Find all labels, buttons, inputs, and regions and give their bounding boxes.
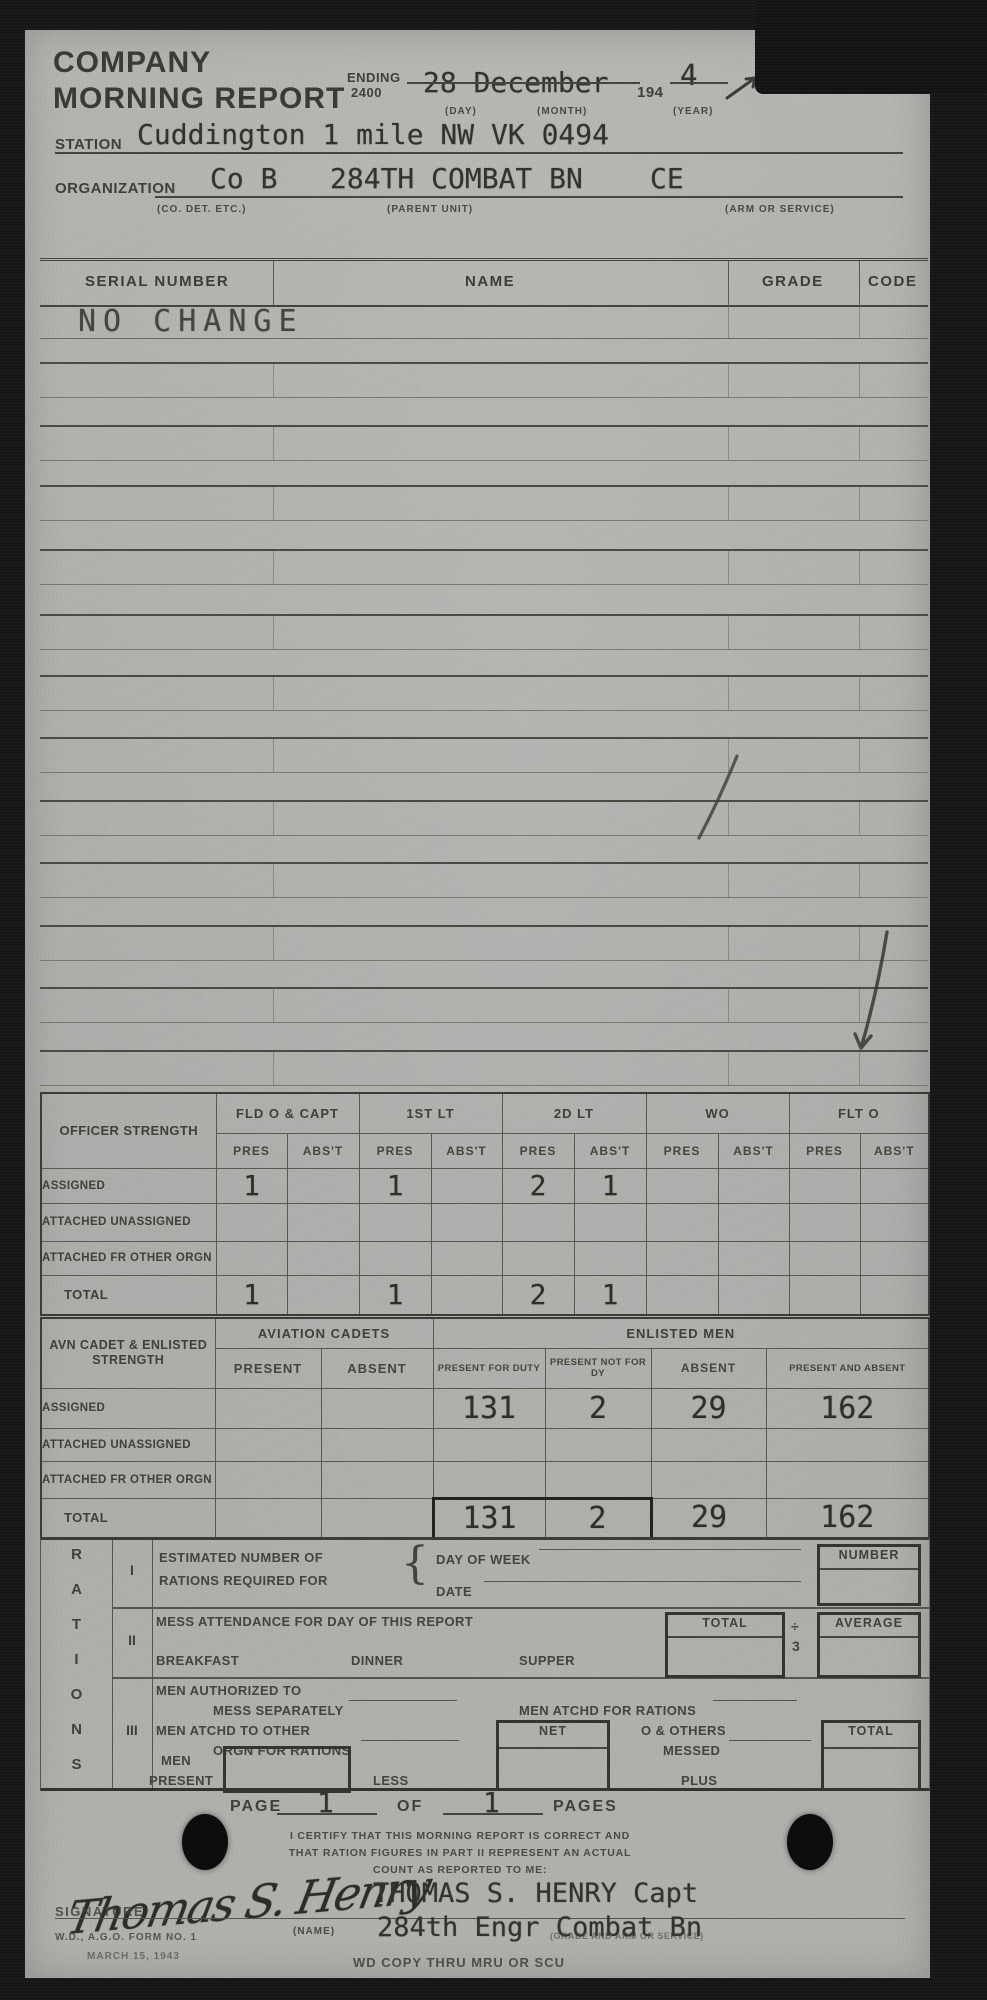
rations-section: R A T I O N S I II III ESTIMATED NUMBER … <box>40 1537 930 1791</box>
cell-value <box>766 1428 929 1461</box>
certification-line2: THAT RATION FIGURES IN PART II REPRESENT… <box>225 1845 695 1862</box>
pages-label: PAGES <box>553 1798 618 1816</box>
column-divider <box>273 364 274 397</box>
typed-officer-name: THOMAS S. HENRY Capt <box>373 1878 698 1909</box>
abst-header: ABS'T <box>860 1133 929 1168</box>
rations-letter: O <box>41 1686 112 1703</box>
year-value: 4 <box>680 58 697 92</box>
rations-letter: N <box>41 1721 112 1738</box>
cell-value <box>718 1275 789 1315</box>
rations-letter: T <box>41 1616 112 1633</box>
cell-value <box>321 1428 433 1461</box>
abst-header: ABS'T <box>287 1133 359 1168</box>
pres-header: PRES <box>502 1133 574 1168</box>
cell-value <box>789 1241 860 1275</box>
men-label: MEN <box>161 1753 191 1768</box>
column-divider <box>728 261 729 305</box>
supper-label: SUPPER <box>519 1653 575 1668</box>
cell-value <box>860 1241 929 1275</box>
year-label: (YEAR) <box>673 106 713 117</box>
col-absent: ABSENT <box>651 1348 766 1388</box>
number-box: NUMBER <box>817 1544 921 1606</box>
section-numeral-3: III <box>112 1722 152 1738</box>
column-divider <box>859 427 860 460</box>
others-total-label: TOTAL <box>824 1724 918 1738</box>
abst-header: ABS'T <box>574 1133 646 1168</box>
blank-line <box>729 1740 811 1741</box>
org-parent-unit-value: 284TH COMBAT BN <box>330 162 583 195</box>
cell-value-boxed: 2 <box>545 1498 651 1538</box>
divider <box>820 1636 918 1638</box>
divide-by-three: 3 <box>792 1638 800 1654</box>
column-divider <box>859 302 860 338</box>
col-present-and-absent: PRESENT AND ABSENT <box>766 1348 929 1388</box>
column-divider <box>273 677 274 710</box>
scanned-morning-report: COMPANY MORNING REPORT ENDING 2400 28 De… <box>25 30 930 1978</box>
roster-row <box>40 485 928 521</box>
cell-value <box>860 1168 929 1203</box>
dinner-label: DINNER <box>351 1653 403 1668</box>
of-label: OF <box>397 1798 423 1816</box>
form-number: W.D., A.G.O. FORM NO. 1 <box>55 1932 197 1943</box>
day-of-week-label: DAY OF WEEK <box>436 1552 531 1567</box>
blank-line <box>539 1549 801 1550</box>
rations-letter: A <box>41 1581 112 1598</box>
divider <box>152 1540 153 1788</box>
cell-value <box>574 1241 646 1275</box>
cell-value <box>574 1203 646 1241</box>
col-cadets-present: PRESENT <box>215 1348 321 1388</box>
cell-value <box>431 1241 502 1275</box>
officer-strength-table: OFFICER STRENGTH FLD O & CAPT 1ST LT 2D … <box>40 1092 930 1316</box>
column-divider <box>728 677 729 710</box>
column-divider <box>728 487 729 520</box>
cell-value <box>216 1203 287 1241</box>
average-box-label: AVERAGE <box>820 1616 918 1630</box>
cell-value: 1 <box>216 1168 287 1203</box>
blank-line <box>713 1700 797 1701</box>
column-divider <box>859 551 860 584</box>
day-label: (DAY) <box>445 106 477 117</box>
column-divider <box>273 864 274 897</box>
name-label: (NAME) <box>293 1926 335 1937</box>
cell-value <box>502 1203 574 1241</box>
divider <box>112 1607 929 1609</box>
row-label-total: TOTAL <box>41 1498 215 1538</box>
group-flt-o: FLT O <box>789 1093 929 1133</box>
ending-label: ENDING <box>347 70 401 85</box>
cell-value <box>502 1241 574 1275</box>
cell-value <box>860 1203 929 1241</box>
cell-value <box>860 1275 929 1315</box>
cell-value <box>646 1168 718 1203</box>
grade-arm-service-label: (GRADE AND ARM OR SERVICE) <box>550 1931 704 1941</box>
group-2d-lt: 2D LT <box>502 1093 646 1133</box>
estimated-rations-line1: ESTIMATED NUMBER OF <box>159 1550 323 1565</box>
net-box: NET <box>496 1720 610 1791</box>
cell-value <box>718 1203 789 1241</box>
cell-value: 1 <box>216 1275 287 1315</box>
cell-value <box>431 1275 502 1315</box>
year-underline <box>670 82 728 84</box>
o-and-others-label: O & OTHERS <box>641 1723 726 1738</box>
estimated-rations-line2: RATIONS REQUIRED FOR <box>159 1573 328 1588</box>
roster-entry-row: NO CHANGE <box>40 302 928 339</box>
enlisted-strength-header: AVN CADET & ENLISTED STRENGTH <box>41 1318 215 1388</box>
roster-header-row: SERIAL NUMBER NAME GRADE CODE <box>40 258 928 307</box>
divider <box>820 1568 918 1570</box>
col-serial-number: SERIAL NUMBER <box>85 273 229 290</box>
breakfast-label: BREAKFAST <box>156 1653 239 1668</box>
wd-copy-note: WD COPY THRU MRU OR SCU <box>353 1955 565 1970</box>
cell-value <box>359 1203 431 1241</box>
abst-header: ABS'T <box>431 1133 502 1168</box>
cell-value <box>646 1203 718 1241</box>
column-divider <box>859 364 860 397</box>
cell-value <box>545 1428 651 1461</box>
rations-letter: S <box>41 1756 112 1773</box>
mess-total-box: TOTAL <box>665 1612 785 1678</box>
col-cadets-absent: ABSENT <box>321 1348 433 1388</box>
col-name: NAME <box>465 273 515 290</box>
cell-value <box>431 1168 502 1203</box>
men-atchd-rations-label: MEN ATCHD FOR RATIONS <box>519 1703 696 1718</box>
group-wo: WO <box>646 1093 789 1133</box>
org-arm-value: CE <box>650 162 684 195</box>
number-box-label: NUMBER <box>820 1548 918 1562</box>
roster-row <box>40 675 928 711</box>
enlisted-strength-table: AVN CADET & ENLISTED STRENGTH AVIATION C… <box>40 1317 930 1540</box>
cell-value <box>766 1461 929 1498</box>
cell-value <box>215 1461 321 1498</box>
cell-value: 1 <box>574 1275 646 1315</box>
cell-value <box>433 1428 545 1461</box>
cell-value <box>433 1461 545 1498</box>
col-present-for-duty: PRESENT FOR DUTY <box>433 1348 545 1388</box>
mess-total-label: TOTAL <box>668 1616 782 1630</box>
group-1st-lt: 1ST LT <box>359 1093 502 1133</box>
cell-value <box>321 1388 433 1428</box>
column-divider <box>859 616 860 649</box>
row-label: ATTACHED UNASSIGNED <box>41 1428 215 1461</box>
cell-value: 1 <box>359 1168 431 1203</box>
row-label: ASSIGNED <box>41 1168 216 1203</box>
cell-value <box>287 1203 359 1241</box>
station-value: Cuddington 1 mile NW VK 0494 <box>137 118 609 151</box>
cell-value <box>545 1461 651 1498</box>
cell-value <box>789 1275 860 1315</box>
blank-line <box>349 1700 457 1701</box>
cell-value: 2 <box>545 1388 651 1428</box>
parent-unit-label: (PARENT UNIT) <box>387 204 473 215</box>
cell-value: 1 <box>574 1168 646 1203</box>
co-det-label: (CO. DET. ETC.) <box>157 204 246 215</box>
year-prefix: 194 <box>637 84 664 101</box>
abst-header: ABS'T <box>718 1133 789 1168</box>
certification-line1: I CERTIFY THAT THIS MORNING REPORT IS CO… <box>225 1828 695 1845</box>
column-divider <box>728 364 729 397</box>
organization-label: ORGANIZATION <box>55 180 176 197</box>
form-date: MARCH 15, 1943 <box>87 1951 180 1962</box>
cell-value: 29 <box>651 1498 766 1538</box>
pres-header: PRES <box>216 1133 287 1168</box>
organization-underline <box>155 196 903 198</box>
cell-value <box>215 1428 321 1461</box>
cell-value <box>646 1241 718 1275</box>
average-box: AVERAGE <box>817 1612 921 1678</box>
column-divider <box>728 551 729 584</box>
ending-2400-label: 2400 <box>351 85 382 100</box>
cell-value <box>718 1168 789 1203</box>
men-atchd-other-label: MEN ATCHD TO OTHER <box>156 1723 310 1738</box>
roster-row <box>40 362 928 398</box>
punch-hole <box>182 1814 228 1870</box>
row-label: ASSIGNED <box>41 1388 215 1428</box>
column-divider <box>859 261 860 305</box>
form-title-line2: MORNING REPORT <box>53 82 345 116</box>
pres-header: PRES <box>646 1133 718 1168</box>
column-divider <box>273 261 274 305</box>
column-divider <box>859 677 860 710</box>
row-label: ATTACHED FR OTHER ORGN <box>41 1241 216 1275</box>
brace-glyph: { <box>401 1538 429 1589</box>
column-divider <box>273 616 274 649</box>
column-divider <box>273 989 274 1022</box>
cell-value <box>215 1388 321 1428</box>
cell-value <box>287 1168 359 1203</box>
plus-label: PLUS <box>681 1773 717 1788</box>
arm-service-label: (ARM OR SERVICE) <box>725 204 835 215</box>
cell-value <box>431 1203 502 1241</box>
page-label: PAGE <box>230 1798 282 1816</box>
blank-line <box>443 1813 543 1815</box>
cell-value <box>215 1498 321 1538</box>
cell-value: 2 <box>502 1168 574 1203</box>
cell-value: 131 <box>433 1388 545 1428</box>
column-divider <box>273 551 274 584</box>
officer-strength-header: OFFICER STRENGTH <box>41 1093 216 1168</box>
men-authorized-label: MEN AUTHORIZED TO <box>156 1683 301 1698</box>
station-underline <box>55 152 903 154</box>
divider <box>499 1747 607 1749</box>
cell-value <box>321 1461 433 1498</box>
group-enlisted-men: ENLISTED MEN <box>433 1318 929 1348</box>
signature-label: SIGNATURE <box>55 1904 144 1919</box>
mess-separately-label: MESS SEPARATELY <box>213 1703 344 1718</box>
blank-line <box>361 1740 459 1741</box>
column-divider <box>273 927 274 960</box>
roster-row <box>40 425 928 461</box>
cell-value <box>789 1168 860 1203</box>
divider <box>112 1677 929 1679</box>
column-divider <box>728 616 729 649</box>
column-divider <box>728 427 729 460</box>
others-total-box: TOTAL <box>821 1720 921 1791</box>
cell-value <box>321 1498 433 1538</box>
group-fldo-capt: FLD O & CAPT <box>216 1093 359 1133</box>
cell-value-boxed: 131 <box>433 1498 545 1538</box>
row-label-total: TOTAL <box>41 1275 216 1315</box>
column-divider <box>273 1052 274 1085</box>
col-present-not-for-dy: PRESENT NOT FOR DY <box>545 1348 651 1388</box>
cell-value <box>651 1461 766 1498</box>
column-divider <box>273 802 274 835</box>
net-box-label: NET <box>499 1724 607 1738</box>
mess-attendance-label: MESS ATTENDANCE FOR DAY OF THIS REPORT <box>156 1614 473 1629</box>
cell-value: 29 <box>651 1388 766 1428</box>
column-divider <box>273 739 274 772</box>
cell-value: 1 <box>359 1275 431 1315</box>
divider <box>824 1747 918 1749</box>
cell-value <box>287 1241 359 1275</box>
punch-hole <box>787 1814 833 1870</box>
roster-row <box>40 614 928 650</box>
month-label: (MONTH) <box>537 106 587 117</box>
section-numeral-1: I <box>112 1562 152 1578</box>
cell-value <box>646 1275 718 1315</box>
form-title-line1: COMPANY <box>53 46 211 80</box>
date-label: DATE <box>436 1584 472 1599</box>
column-divider <box>273 427 274 460</box>
station-label: STATION <box>55 136 122 153</box>
rations-letter: R <box>41 1546 112 1563</box>
pres-header: PRES <box>789 1133 860 1168</box>
col-code: CODE <box>868 273 917 290</box>
section-numeral-2: II <box>112 1632 152 1648</box>
cell-value: 162 <box>766 1388 929 1428</box>
column-divider <box>728 302 729 338</box>
cell-value <box>216 1241 287 1275</box>
rations-letter: I <box>41 1651 112 1668</box>
cell-value: 162 <box>766 1498 929 1538</box>
cell-value <box>789 1203 860 1241</box>
roster-entry-text: NO CHANGE <box>78 304 304 339</box>
blank-line <box>484 1581 801 1582</box>
row-label: ATTACHED UNASSIGNED <box>41 1203 216 1241</box>
date-underline <box>407 82 640 84</box>
column-divider <box>859 487 860 520</box>
divider <box>668 1636 782 1638</box>
divide-sign: ÷ <box>791 1618 799 1634</box>
org-company-value: Co B <box>210 162 277 195</box>
cell-value <box>287 1275 359 1315</box>
messed-label: MESSED <box>663 1743 720 1758</box>
cell-value: 2 <box>502 1275 574 1315</box>
cell-value <box>718 1241 789 1275</box>
pen-slash-marks <box>675 748 925 1078</box>
column-divider <box>273 487 274 520</box>
group-aviation-cadets: AVIATION CADETS <box>215 1318 433 1348</box>
pres-header: PRES <box>359 1133 431 1168</box>
roster-row <box>40 549 928 585</box>
blank-line <box>277 1813 377 1815</box>
present-label: PRESENT <box>149 1773 213 1788</box>
row-label: ATTACHED FR OTHER ORGN <box>41 1461 215 1498</box>
less-label: LESS <box>373 1773 409 1788</box>
scan-corner-shadow <box>755 0 987 94</box>
col-grade: GRADE <box>762 273 824 290</box>
cell-value <box>651 1428 766 1461</box>
cell-value <box>359 1241 431 1275</box>
